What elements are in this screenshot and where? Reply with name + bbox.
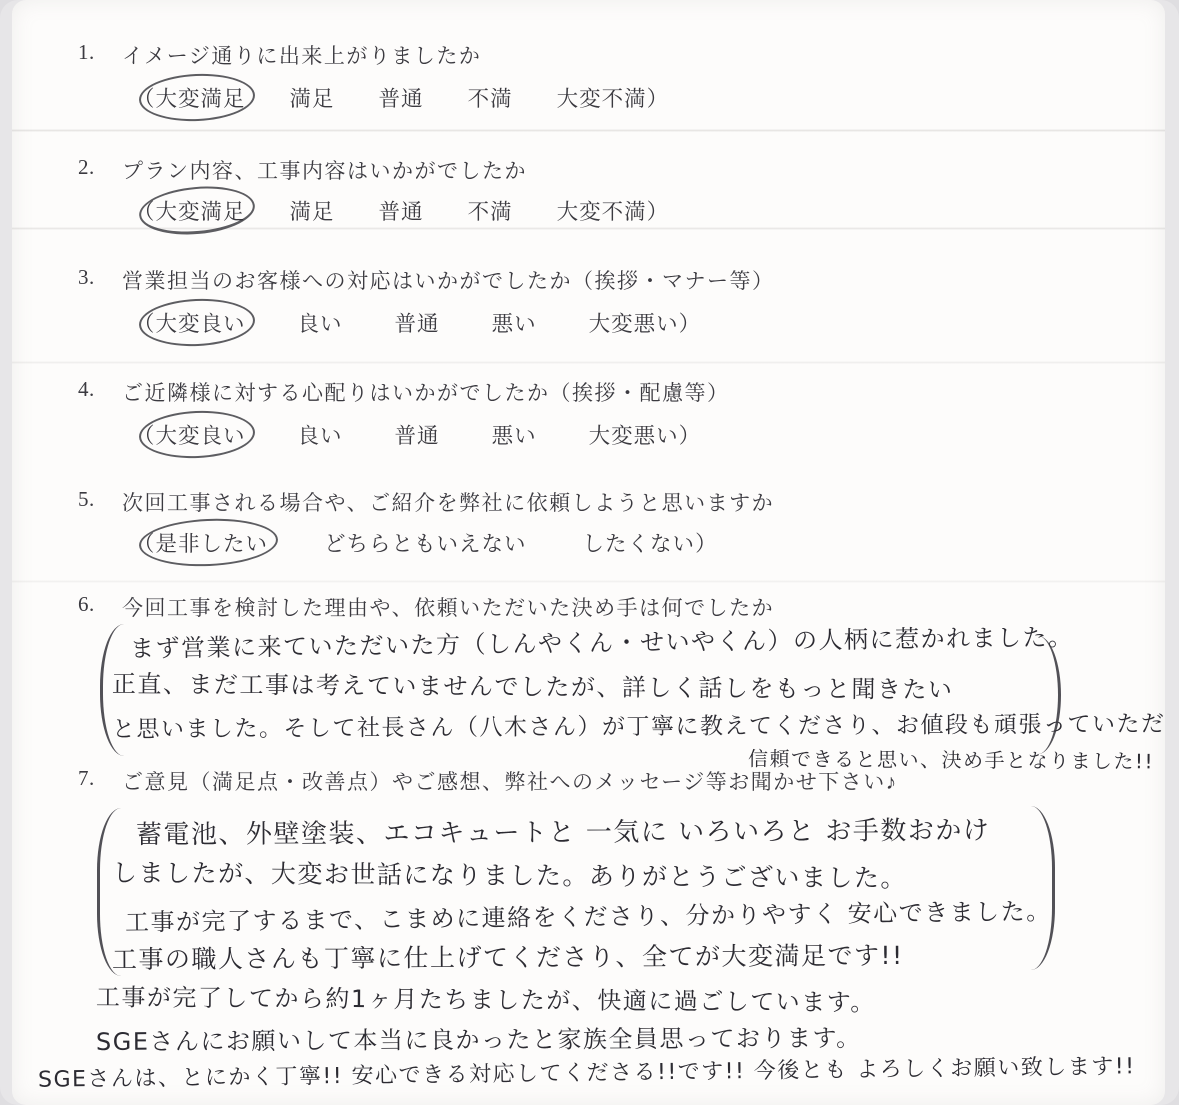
answer-line: しましたが、大変お世話になりました。ありがとうございました。 [112,853,907,895]
option-selected: 大変満足 [156,195,246,226]
paper-crease [12,361,1165,364]
answer-line: 工事が完了するまで、こまめに連絡をくださり、分かりやすく 安心できました。 [125,891,1052,937]
answer-line: 工事が完了してから約1ヶ月たちましたが、快適に過ごしています。 [96,977,876,1017]
question-text: イメージ通りに出来上がりましたか [122,40,481,70]
answer-line: 正直、まだ工事は考えていませんでしたが、詳しく話しをもっと聞きたい [112,664,954,705]
options-row: （大変良い 良い 普通 悪い 大変悪い） [133,419,701,450]
option: 普通 [395,419,440,450]
close-paren: ） [679,419,702,450]
option: 普通 [395,307,440,338]
option: 普通 [379,82,424,113]
option: 満足 [290,82,335,113]
question-number: 6. [78,592,95,617]
option: 満足 [290,195,335,226]
close-paren: ） [679,307,702,338]
options-row: （大変満足 満足 普通 不満 大変不満） [133,195,669,226]
handwritten-close-paren [1028,806,1055,970]
option: 良い [298,307,343,338]
question-text: ご近隣様に対する心配りはいかがでしたか（挨拶・配慮等） [122,377,730,407]
option: 悪い [492,419,537,450]
option: 大変不満 [557,82,647,113]
answer-line: 工事の職人さんも丁寧に仕上げてくださり、全てが大変満足です!! [112,936,904,976]
question-number: 4. [78,377,95,402]
option: 大変悪い [589,419,679,450]
question-number: 2. [78,155,95,180]
options-row: （是非したい どちらともいえない したくない） [133,527,718,558]
close-paren: ） [695,527,718,558]
question-text: プラン内容、工事内容はいかがでしたか [122,155,527,185]
paper-crease [12,129,1165,132]
question-text: 今回工事を検討した理由や、依頼いただいた決め手は何でしたか [122,592,774,622]
answer-line: 蓄電池、外壁塗装、エコキュートと 一気に いろいろと お手数おかけ [136,810,990,851]
close-paren: ） [647,195,670,226]
question-number: 5. [78,487,95,512]
option: 大変悪い [589,307,679,338]
answer-line: SGEさんにお願いして本当に良かったと家族全員思っております。 [96,1018,862,1057]
close-paren: ） [647,82,670,113]
option: どちらともいえない [324,527,527,558]
question-number: 7. [78,766,95,791]
scanned-survey-screenshot: 1. イメージ通りに出来上がりましたか （大変満足 満足 普通 不満 大変不満）… [0,0,1179,1105]
option: 大変不満 [557,195,647,226]
answer-line: と思いました。そして社長さん（八木さん）が丁寧に教えてくださり、お値段も頑張って… [112,705,1165,744]
question-text: 次回工事される場合や、ご紹介を弊社に依頼しようと思いますか [122,487,774,517]
option: 不満 [468,82,513,113]
option-selected: 是非したい [156,527,269,558]
question-text: 営業担当のお客様への対応はいかがでしたか（挨拶・マナー等） [122,265,775,295]
option-selected: 大変良い [156,307,246,338]
question-text: ご意見（満足点・改善点）やご感想、弊社へのメッセージ等お聞かせ下さい♪ [122,766,898,796]
survey-paper: 1. イメージ通りに出来上がりましたか （大変満足 満足 普通 不満 大変不満）… [12,0,1165,1105]
option: 普通 [379,195,424,226]
option-selected: 大変満足 [156,82,246,113]
option: 悪い [492,307,537,338]
question-number: 3. [78,265,95,290]
option: したくない [583,527,696,558]
question-number: 1. [78,40,95,65]
options-row: （大変満足 満足 普通 不満 大変不満） [133,82,669,113]
option: 不満 [468,195,513,226]
option-selected: 大変良い [156,419,246,450]
option: 良い [298,419,343,450]
paper-crease [12,580,1165,583]
answer-line: まず営業に来ていただいた方（しんやくん・せいやくん）の人柄に惹かれました。 [130,617,1074,664]
options-row: （大変良い 良い 普通 悪い 大変悪い） [133,307,701,338]
